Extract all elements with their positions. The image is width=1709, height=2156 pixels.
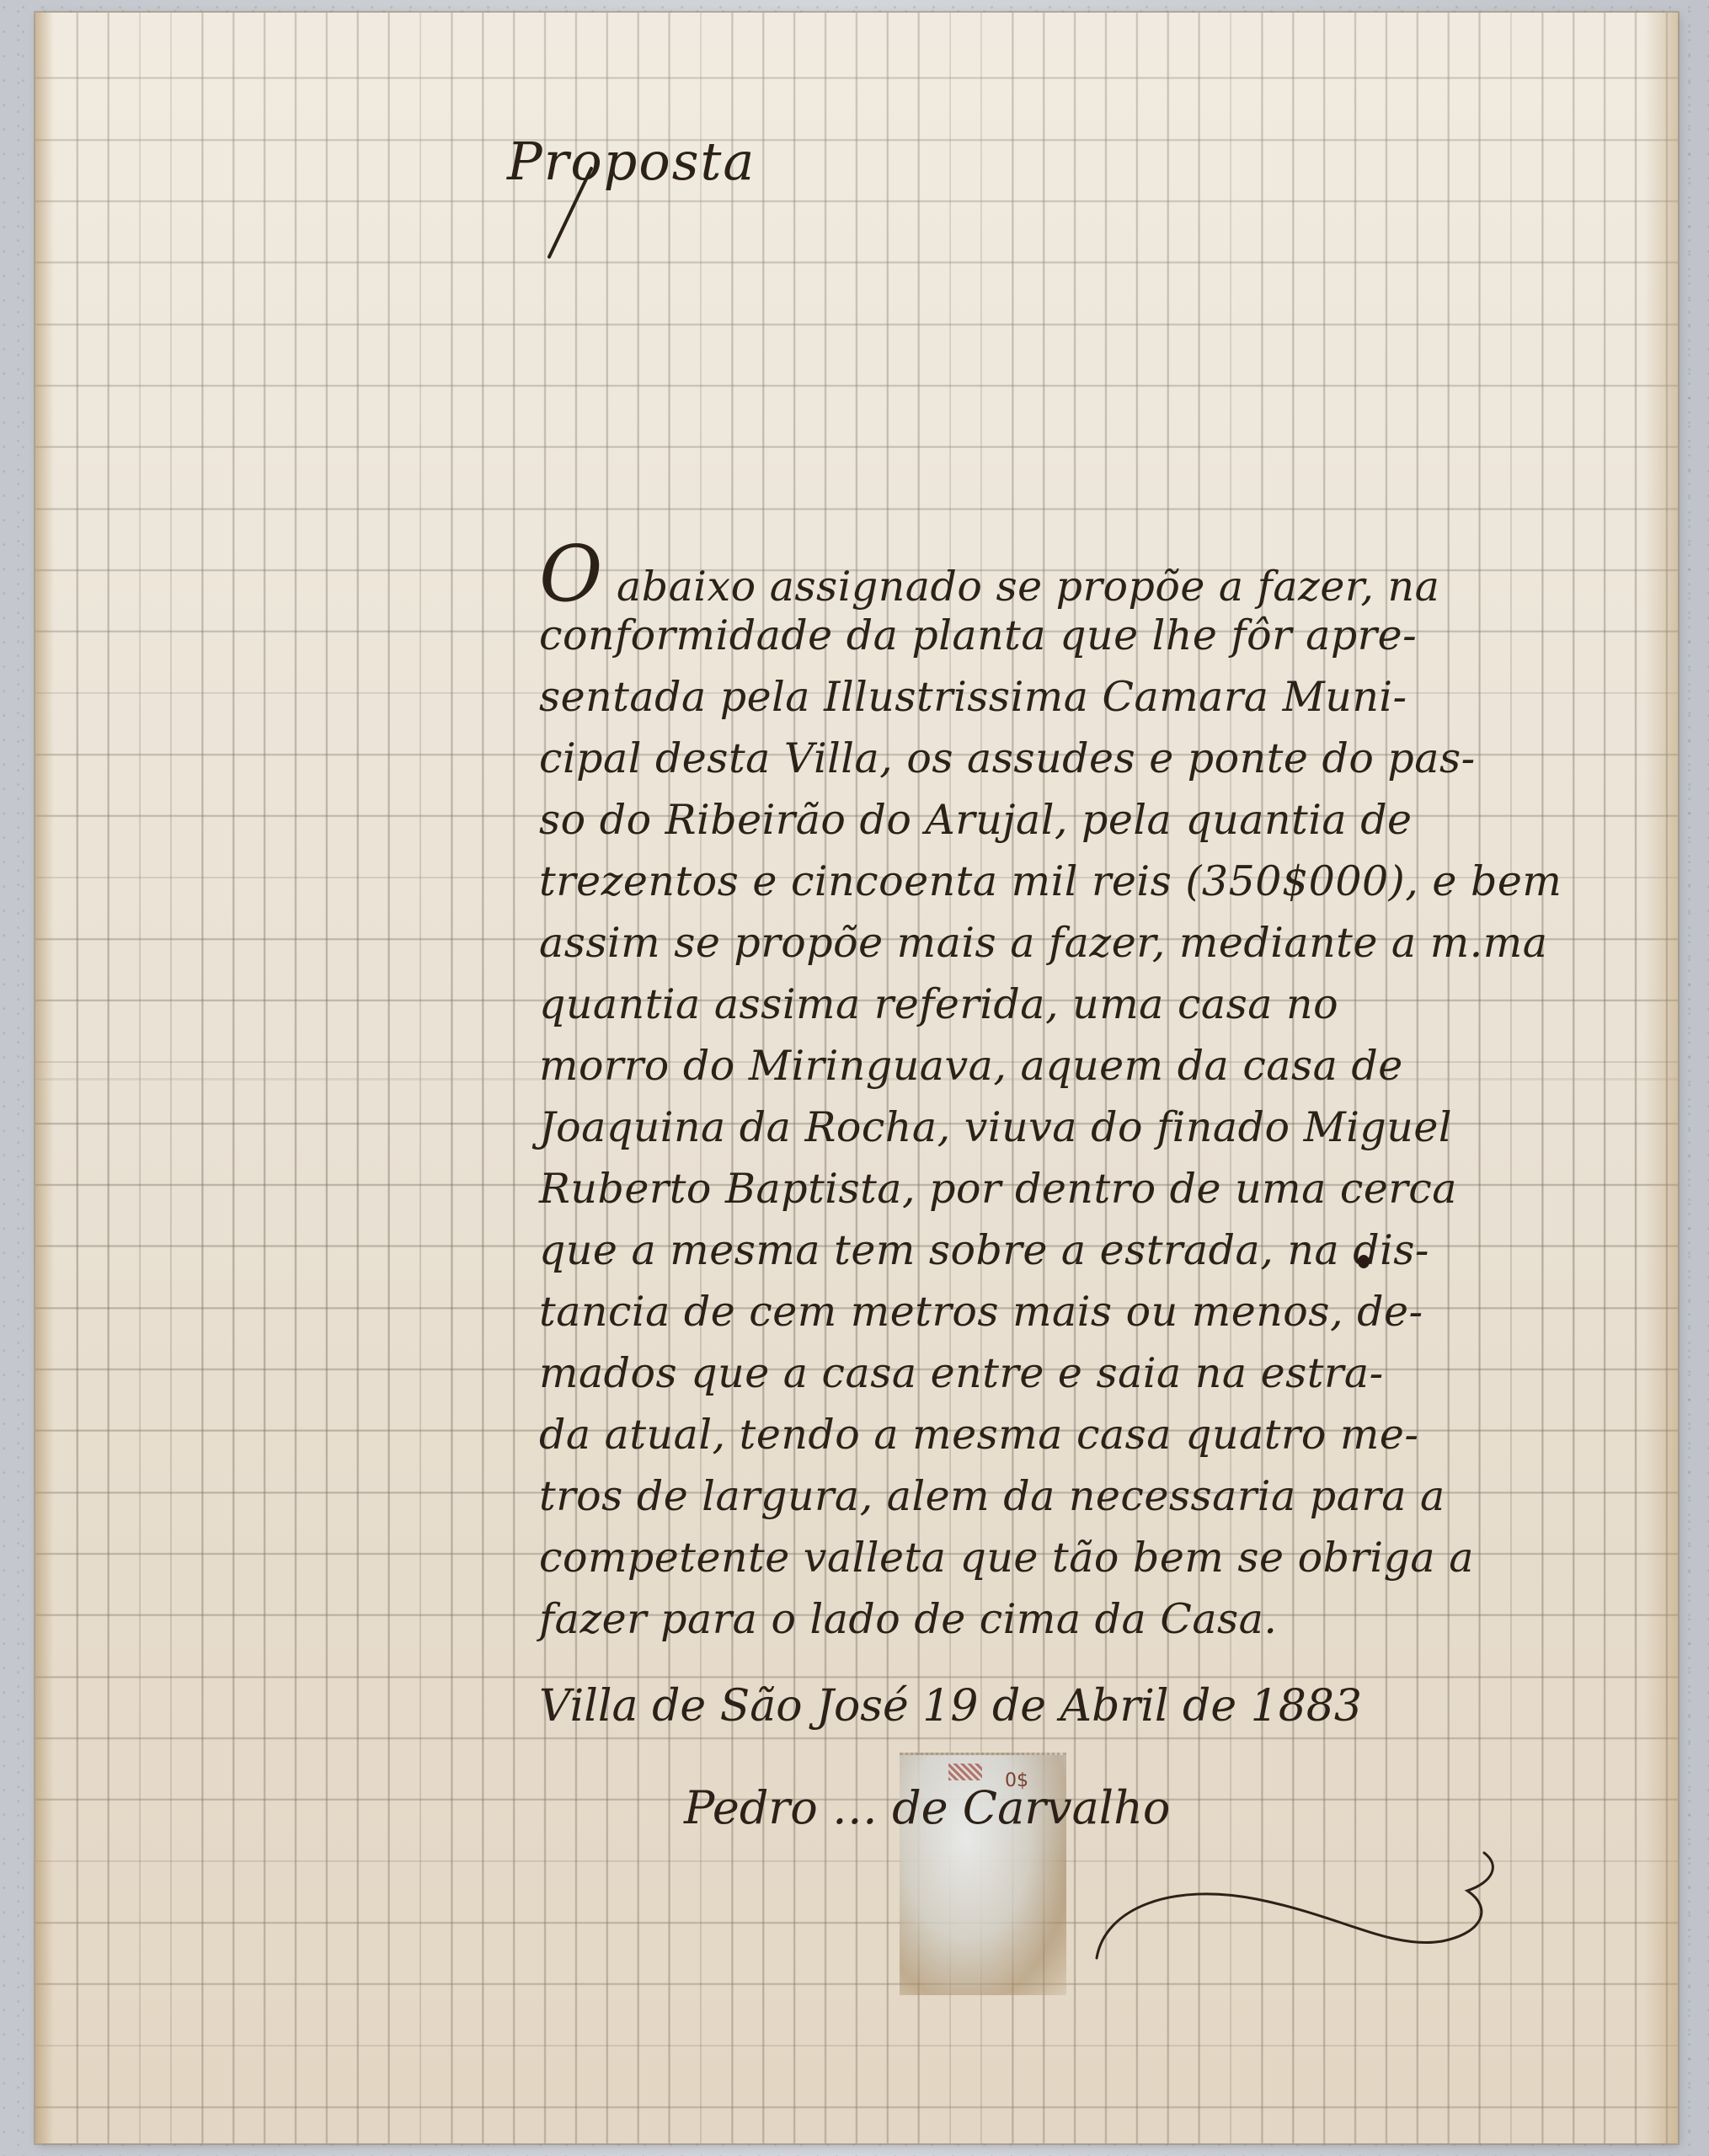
ink-blot — [1358, 1255, 1370, 1268]
body-line: fazer para o lado de cima da Casa. — [539, 1588, 1709, 1650]
signature: Pedro … de Carvalho — [684, 1781, 1170, 1834]
stamp-pattern-icon — [948, 1764, 982, 1780]
body-line: trezentos e cincoenta mil reis (350$000)… — [539, 851, 1709, 912]
body-line: sentada pela Illustrissima Camara Muni- — [539, 666, 1709, 728]
body-line: que a mesma tem sobre a estrada, na dis- — [539, 1219, 1709, 1281]
body-line: conformidade da planta que lhe fôr apre- — [539, 605, 1709, 666]
body-line: O abaixo assignado se propõe a fazer, na — [539, 543, 1709, 605]
title-flourish-icon — [541, 160, 726, 261]
body-line: so do Ribeirão do Arujal, pela quantia d… — [539, 789, 1709, 851]
body-line: morro do Miringuava, aquem da casa de — [539, 1035, 1709, 1097]
document-sheet: Proposta O abaixo assignado se propõe a … — [35, 13, 1678, 2143]
date-line: Villa de São José 19 de Abril de 1883 — [539, 1676, 1362, 1737]
body-line: tros de largura, alem da necessaria para… — [539, 1465, 1709, 1527]
body-line: mados que a casa entre e saia na estra- — [539, 1342, 1709, 1404]
body-line: quantia assima referida, uma casa no — [539, 974, 1709, 1035]
body-line: Joaquina da Rocha, viuva do finado Migue… — [539, 1097, 1709, 1158]
body-line: cipal desta Villa, os assudes e ponte do… — [539, 728, 1709, 789]
body-line: Ruberto Baptista, por dentro de uma cerc… — [539, 1158, 1709, 1219]
signature-flourish-icon — [1071, 1849, 1509, 1967]
body-line: assim se propõe mais a fazer, mediante a… — [539, 912, 1709, 974]
body-line: da atual, tendo a mesma casa quatro me- — [539, 1404, 1709, 1465]
document-body: O abaixo assignado se propõe a fazer, na… — [539, 543, 1709, 1650]
body-line: competente valleta que tão bem se obriga… — [539, 1527, 1709, 1588]
body-line: tancia de cem metros mais ou menos, de- — [539, 1281, 1709, 1342]
